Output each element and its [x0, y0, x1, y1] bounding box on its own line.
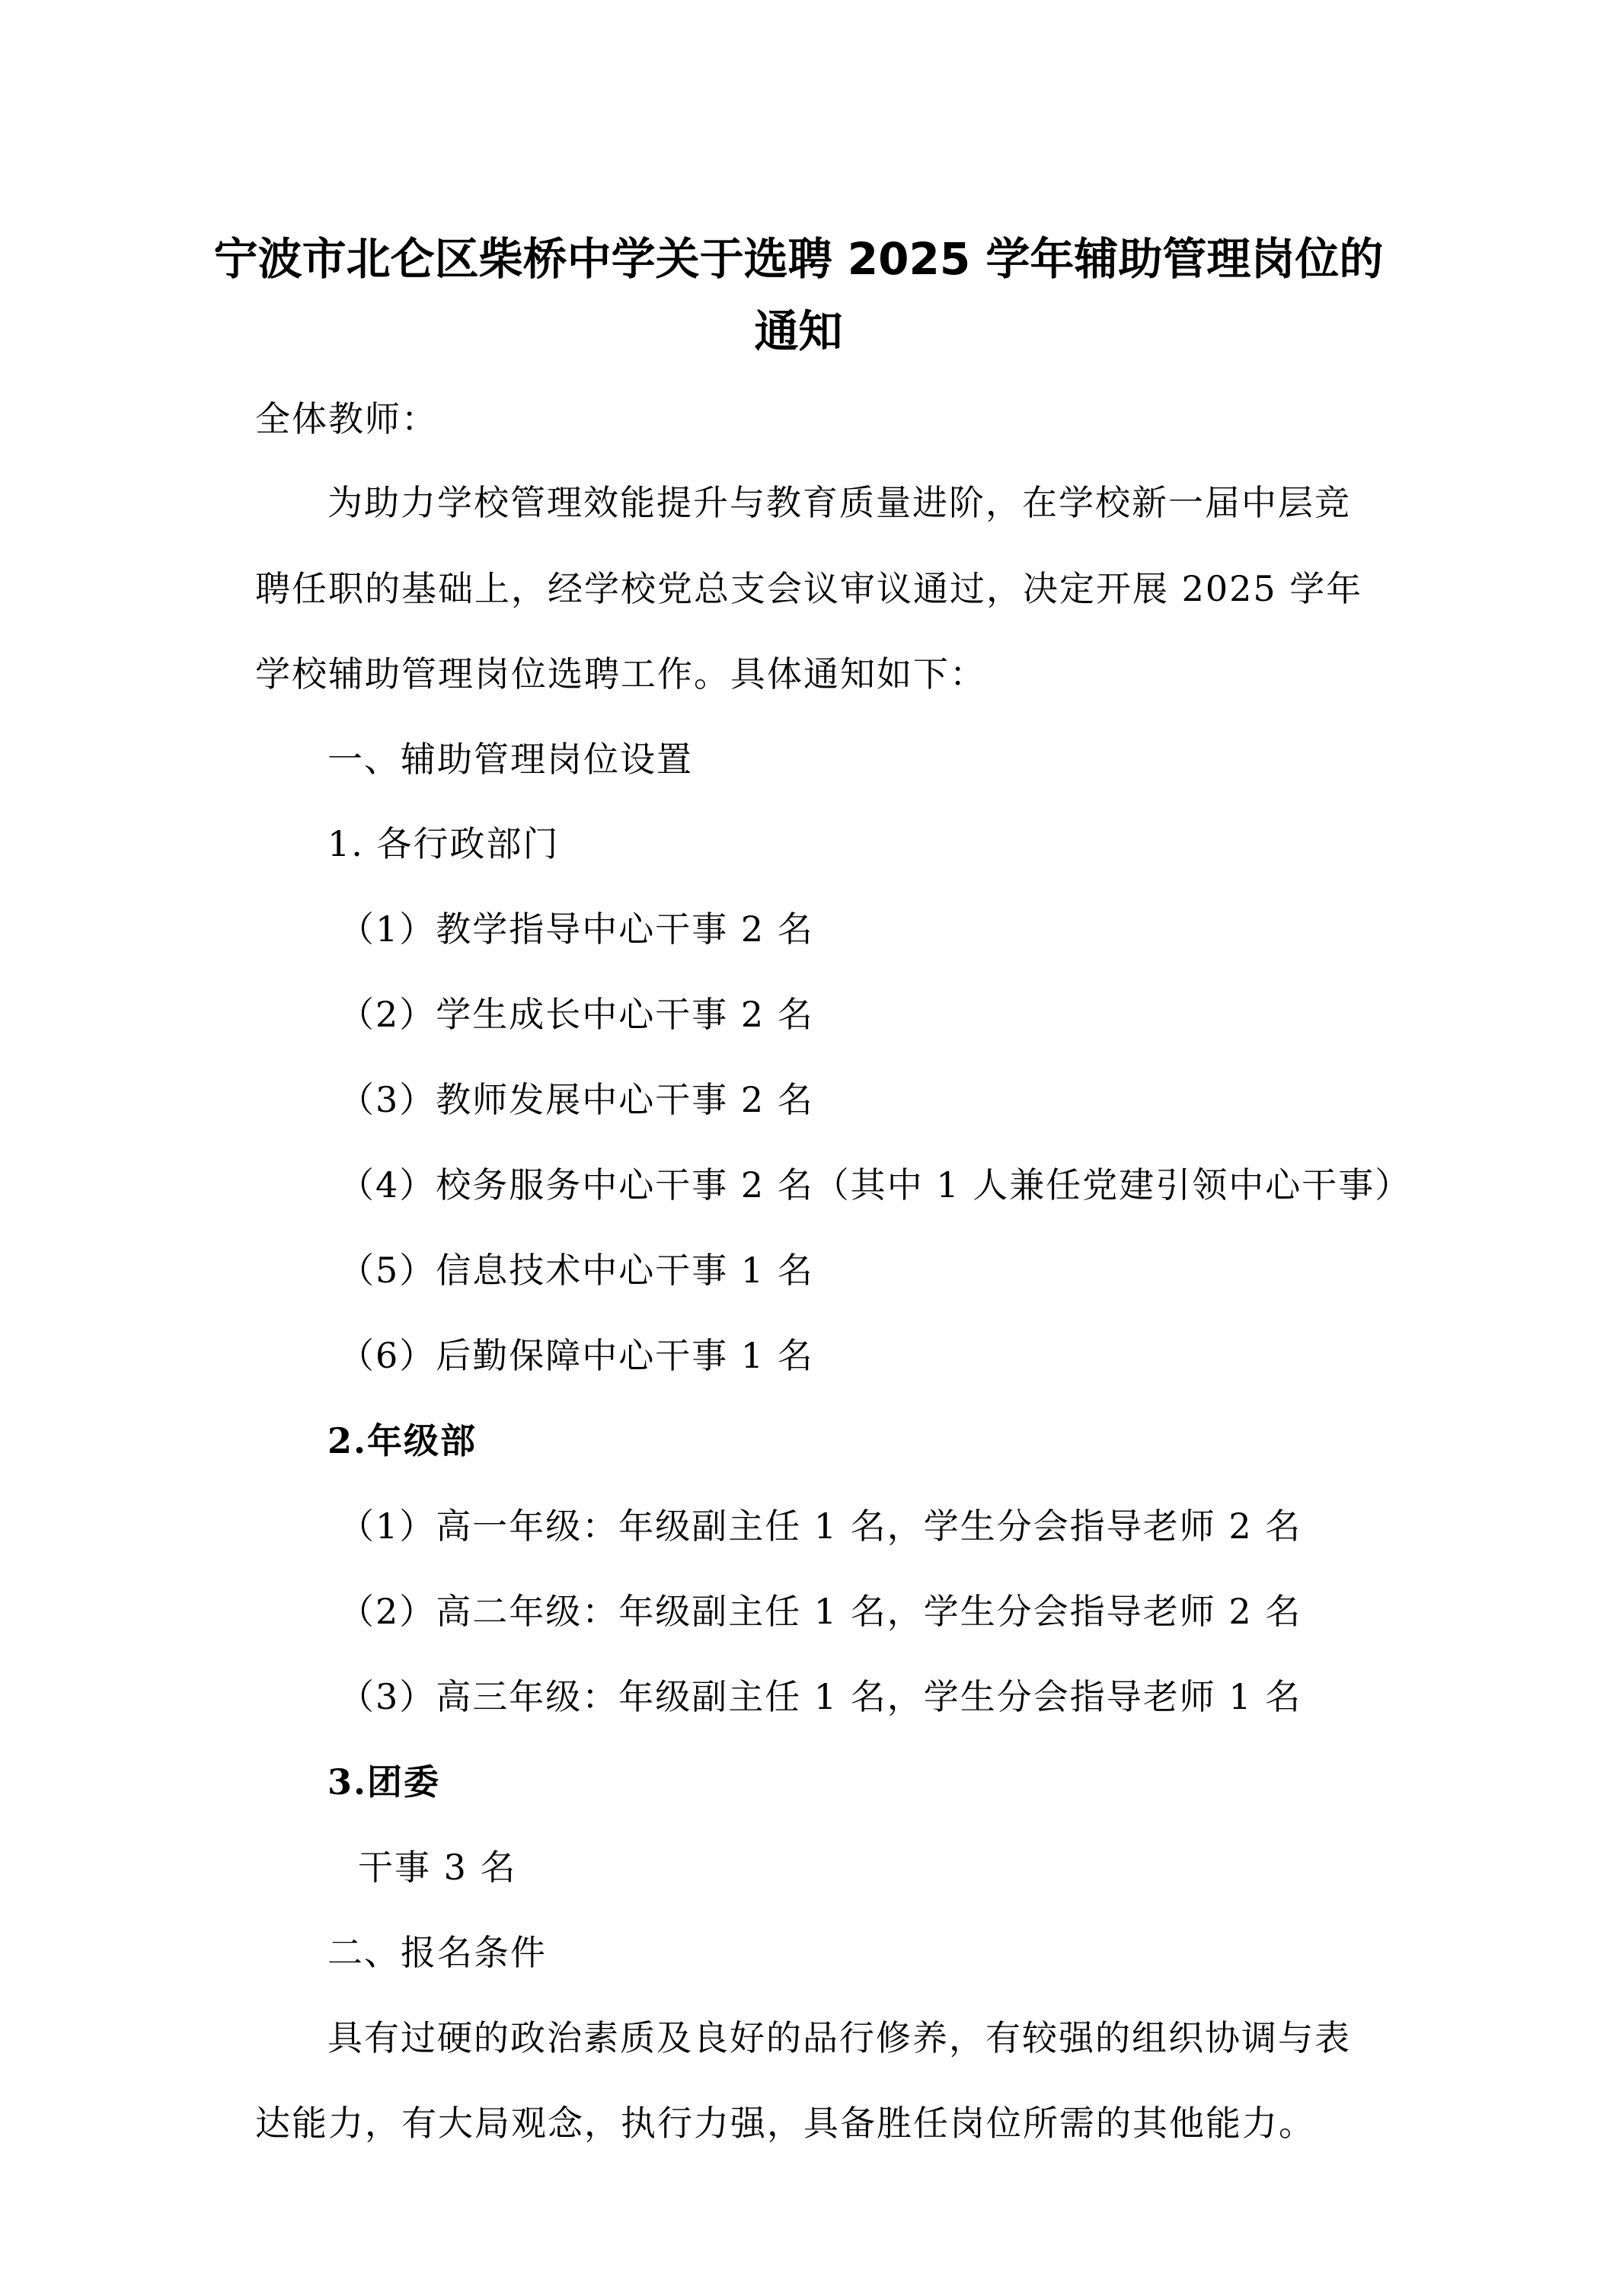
intro-line-3: 学校辅助管理岗位选聘工作。具体通知如下： — [255, 651, 986, 697]
section-2-heading: 二、报名条件 — [327, 1930, 547, 1975]
list-item: （1）高一年级：年级副主任 1 名，学生分会指导老师 2 名 — [339, 1503, 1302, 1549]
list-item: （2）学生成长中心干事 2 名 — [339, 992, 814, 1037]
list-item: （4）校务服务中心干事 2 名（其中 1 人兼任党建引领中心干事） — [339, 1162, 1411, 1208]
list-item: （3）教师发展中心干事 2 名 — [339, 1077, 814, 1122]
list-item: （5）信息技术中心干事 1 名 — [339, 1247, 814, 1293]
document-title-line-2: 通知 — [0, 305, 1597, 358]
document-title-line-1: 宁波市北仑区柴桥中学关于选聘 2025 学年辅助管理岗位的 — [0, 232, 1597, 286]
list-item: （3）高三年级：年级副主任 1 名，学生分会指导老师 1 名 — [339, 1674, 1302, 1720]
subsection-3-heading: 3.团委 — [327, 1759, 440, 1805]
intro-line-1: 为助力学校管理效能提升与教育质量进阶，在学校新一届中层竞 — [327, 480, 1351, 525]
list-item: （6）后勤保障中心干事 1 名 — [339, 1333, 814, 1378]
salutation: 全体教师： — [255, 396, 438, 442]
section-1-heading: 一、辅助管理岗位设置 — [327, 736, 693, 782]
list-item: 干事 3 名 — [358, 1844, 517, 1890]
document-page: 宁波市北仑区柴桥中学关于选聘 2025 学年辅助管理岗位的 通知 全体教师： 为… — [0, 0, 1597, 2296]
section-2-body-line-1: 具有过硬的政治素质及良好的品行修养，有较强的组织协调与表 — [327, 2015, 1351, 2061]
intro-line-2: 聘任职的基础上，经学校党总支会议审议通过，决定开展 2025 学年 — [255, 566, 1362, 612]
subsection-2-heading: 2.年级部 — [327, 1418, 477, 1464]
section-2-body-line-2: 达能力，有大局观念，执行力强，具备胜任岗位所需的其他能力。 — [255, 2100, 1315, 2146]
list-item: （2）高二年级：年级副主任 1 名，学生分会指导老师 2 名 — [339, 1589, 1302, 1634]
subsection-1-heading: 1. 各行政部门 — [327, 821, 560, 867]
list-item: （1）教学指导中心干事 2 名 — [339, 906, 814, 952]
